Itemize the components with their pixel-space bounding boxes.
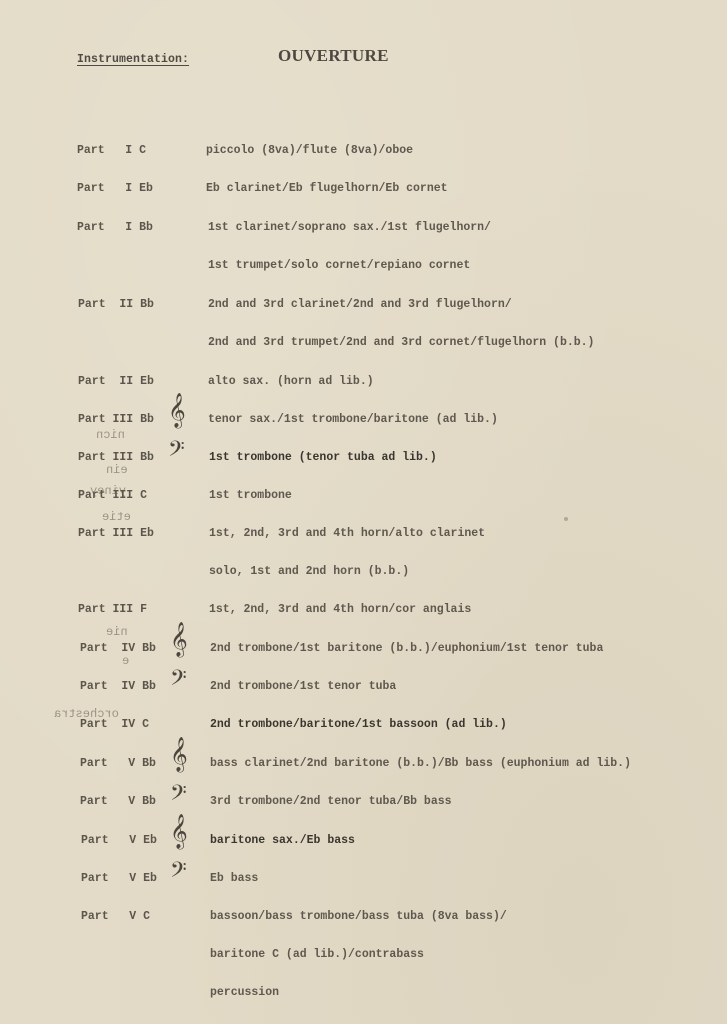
- bass-clef-icon: 𝄢: [170, 786, 187, 806]
- bass-clef-icon: 𝄢: [168, 442, 185, 462]
- instrument-row: Part I EbEb clarinet/Eb flugelhorn/Eb co…: [0, 179, 727, 199]
- instrument-row: Part II Bb2nd and 3rd clarinet/2nd and 3…: [0, 295, 727, 315]
- part-label: Part IV Bb: [80, 677, 156, 697]
- instrument-description: 1st clarinet/soprano sax./1st flugelhorn…: [208, 218, 491, 238]
- instrument-description: 1st trombone (tenor tuba ad lib.): [209, 448, 437, 468]
- bass-clef-icon: 𝄢: [170, 671, 187, 691]
- instrument-row: Part V Bb𝄢3rd trombone/2nd tenor tuba/Bb…: [0, 792, 727, 812]
- part-label: Part I C: [77, 141, 146, 161]
- bleed-through-text: nicn: [96, 428, 125, 442]
- part-label: Part III F: [78, 600, 147, 620]
- instrument-description: 2nd trombone/1st baritone (b.b.)/euphoni…: [210, 639, 603, 659]
- bleed-through-text: yiney: [90, 484, 126, 498]
- bass-clef-icon: 𝄢: [170, 863, 187, 883]
- instrument-description: 1st trombone: [209, 486, 292, 506]
- treble-clef-icon: 𝄞: [170, 630, 188, 650]
- instrument-description: 2nd trombone/1st tenor tuba: [210, 677, 396, 697]
- instrument-description: bass clarinet/2nd baritone (b.b.)/Bb bas…: [210, 754, 631, 774]
- instrument-row: Part V Eb𝄢Eb bass: [0, 869, 727, 889]
- instrument-description: percussion: [210, 983, 279, 1003]
- instrument-description: bassoon/bass trombone/bass tuba (8va bas…: [210, 907, 507, 927]
- bleed-through-text: etie: [102, 510, 131, 524]
- treble-clef-icon: 𝄞: [168, 401, 186, 421]
- instrument-row: Part V Cbassoon/bass trombone/bass tuba …: [0, 907, 727, 927]
- instrument-description: solo, 1st and 2nd horn (b.b.): [209, 562, 409, 582]
- bleed-through-text: e: [122, 654, 129, 668]
- instrument-row: Part IV Bb𝄞2nd trombone/1st baritone (b.…: [0, 639, 727, 659]
- part-label: Part I Bb: [77, 218, 153, 238]
- instrument-description: baritone C (ad lib.)/contrabass: [210, 945, 424, 965]
- instrumentation-label: Instrumentation:: [77, 53, 189, 66]
- instrument-row: Part V Eb𝄞baritone sax./Eb bass: [0, 831, 727, 851]
- page-title: OUVERTURE: [278, 46, 389, 66]
- instrument-row: Part I Bb1st clarinet/soprano sax./1st f…: [0, 218, 727, 238]
- part-label: Part V Bb: [80, 792, 156, 812]
- part-label: Part II Eb: [78, 372, 154, 392]
- part-label: Part V Bb: [80, 754, 156, 774]
- part-label: Part II Bb: [78, 295, 154, 315]
- instrument-description: 1st, 2nd, 3rd and 4th horn/cor anglais: [209, 600, 471, 620]
- part-label: Part V Eb: [81, 831, 157, 851]
- bleed-through-text: ein: [106, 463, 128, 477]
- instrument-row: Part II Ebalto sax. (horn ad lib.): [0, 372, 727, 392]
- instrument-description: 2nd and 3rd trumpet/2nd and 3rd cornet/f…: [208, 333, 594, 353]
- instrument-row: Part III F1st, 2nd, 3rd and 4th horn/cor…: [0, 600, 727, 620]
- paper-speck: [564, 517, 568, 521]
- treble-clef-icon: 𝄞: [170, 745, 188, 765]
- instrument-row: Part V Bb𝄞bass clarinet/2nd baritone (b.…: [0, 754, 727, 774]
- part-label: Part III Bb: [78, 410, 154, 430]
- bleed-through-text: nie: [106, 625, 128, 639]
- instrument-description: 1st, 2nd, 3rd and 4th horn/alto clarinet: [209, 524, 485, 544]
- treble-clef-icon: 𝄞: [170, 822, 188, 842]
- instrument-row: baritone C (ad lib.)/contrabass: [0, 945, 727, 965]
- instrument-description: Eb bass: [210, 869, 258, 889]
- instrument-description: 2nd and 3rd clarinet/2nd and 3rd flugelh…: [208, 295, 512, 315]
- instrument-description: tenor sax./1st trombone/baritone (ad lib…: [208, 410, 498, 430]
- part-label: Part III Eb: [78, 524, 154, 544]
- instrument-description: piccolo (8va)/flute (8va)/oboe: [206, 141, 413, 161]
- instrument-description: 1st trumpet/solo cornet/repiano cornet: [208, 256, 470, 276]
- part-label: Part I Eb: [77, 179, 153, 199]
- instrument-description: 3rd trombone/2nd tenor tuba/Bb bass: [210, 792, 452, 812]
- instrument-row: solo, 1st and 2nd horn (b.b.): [0, 562, 727, 582]
- instrument-description: baritone sax./Eb bass: [210, 831, 355, 851]
- instrument-row: percussion: [0, 983, 727, 1003]
- bleed-through-text: orchestra: [54, 707, 119, 721]
- instrument-row: Part III Bb𝄞tenor sax./1st trombone/bari…: [0, 410, 727, 430]
- instrument-row: 1st trumpet/solo cornet/repiano cornet: [0, 256, 727, 276]
- part-label: Part V C: [81, 907, 150, 927]
- instrument-row: 2nd and 3rd trumpet/2nd and 3rd cornet/f…: [0, 333, 727, 353]
- instrument-description: 2nd trombone/baritone/1st bassoon (ad li…: [210, 715, 507, 735]
- part-label: Part V Eb: [81, 869, 157, 889]
- instrument-row: Part I Cpiccolo (8va)/flute (8va)/oboe: [0, 141, 727, 161]
- instrument-row: Part III Eb1st, 2nd, 3rd and 4th horn/al…: [0, 524, 727, 544]
- instrument-description: Eb clarinet/Eb flugelhorn/Eb cornet: [206, 179, 448, 199]
- instrument-row: Part IV Bb𝄢2nd trombone/1st tenor tuba: [0, 677, 727, 697]
- part-label: Part IV Bb: [80, 639, 156, 659]
- instrument-description: alto sax. (horn ad lib.): [208, 372, 374, 392]
